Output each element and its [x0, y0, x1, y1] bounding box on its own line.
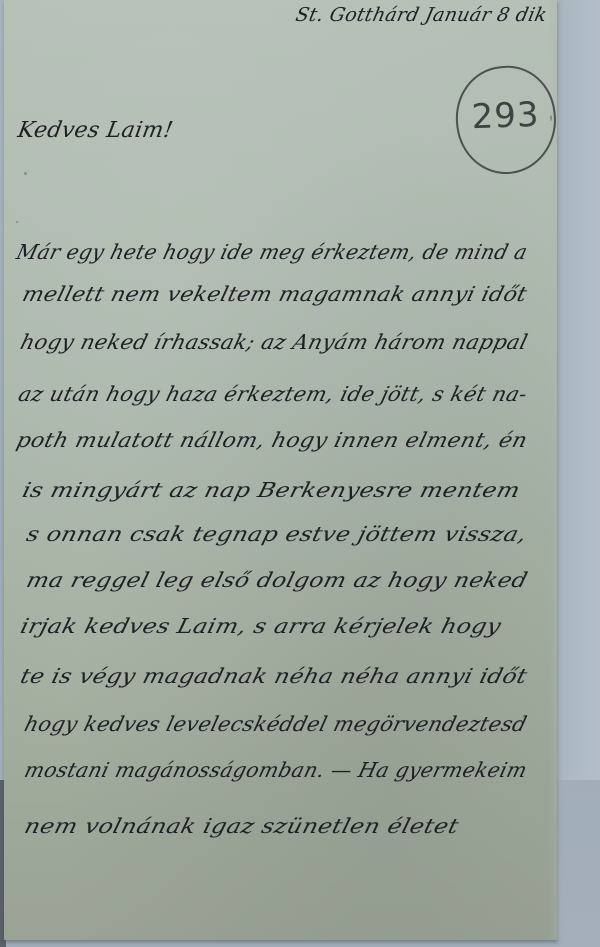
letter-line: hogy kedves levelecskéddel megörvendezte…: [22, 712, 529, 736]
dateline: St. Gotthárd Január 8 dik: [294, 4, 549, 26]
archive-number-circle: 293: [451, 61, 562, 179]
letter-line: poth mulatott nállom, hogy innen elment,…: [14, 428, 530, 452]
letter-line: te is végy magadnak néha néha annyi időt: [18, 664, 530, 688]
letter-line: Már egy hete hogy ide meg érkeztem, de m…: [14, 240, 530, 264]
letter-line: hogy neked írhassak; az Anyám három napp…: [18, 330, 530, 354]
letter-line: mellett nem vekeltem magamnak annyi időt: [20, 282, 530, 306]
archive-number: 293: [457, 94, 554, 137]
letter-page: St. Gotthárd Január 8 dik 293 Kedves Lai…: [4, 0, 557, 940]
background-panel: [557, 0, 600, 780]
letter-line: s onnan csak tegnap estve jöttem vissza,: [24, 522, 529, 546]
letter-line: is mingyárt az nap Berkenyesre mentem: [20, 478, 523, 502]
letter-line: nem volnának igaz szünetlen életet: [22, 814, 461, 838]
letter-line: mostani magánosságomban. — Ha gyermekeim: [22, 758, 530, 782]
letter-line: ma reggel leg első dolgom az hogy neked: [24, 568, 530, 592]
ink-speck: [24, 172, 27, 175]
letter-line: irjak kedves Laim, s arra kérjelek hogy: [18, 614, 504, 638]
ink-speck: [16, 221, 18, 223]
letter-line: az után hogy haza érkeztem, ide jött, s …: [16, 382, 530, 406]
salutation: Kedves Laim!: [16, 118, 175, 143]
